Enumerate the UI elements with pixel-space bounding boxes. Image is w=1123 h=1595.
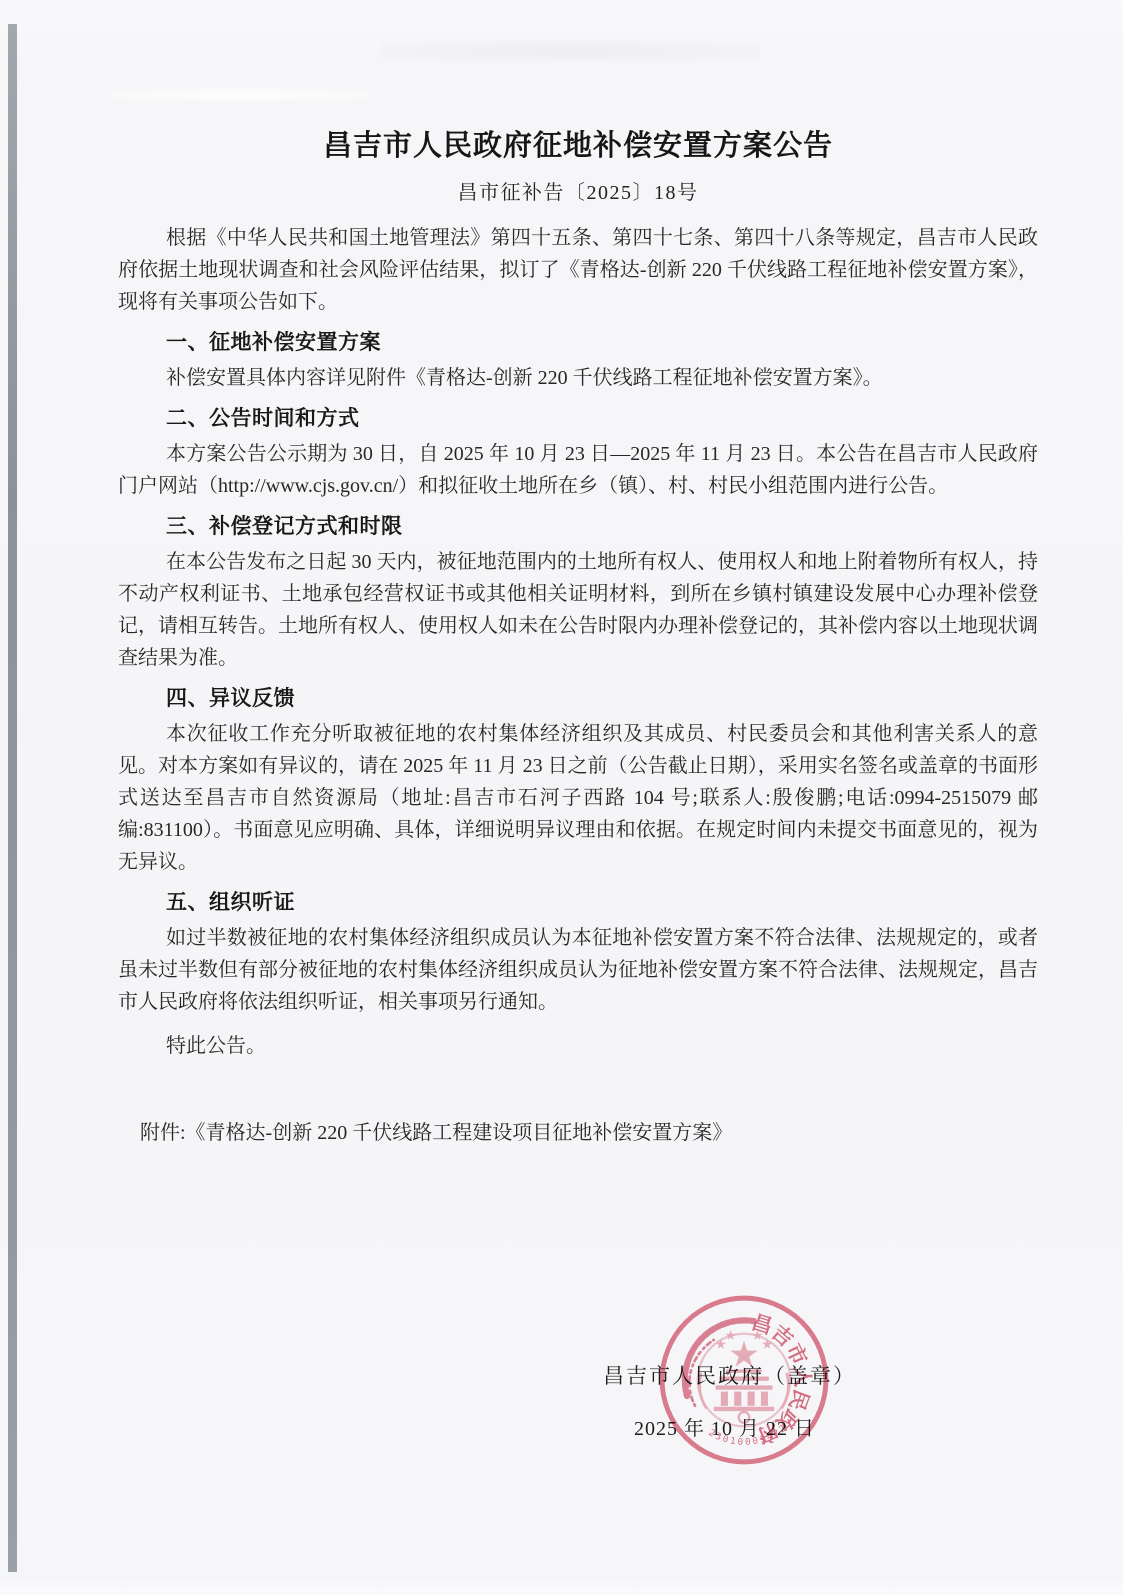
paper-bottom-edge — [0, 1577, 1123, 1595]
scanned-announcement-page: 昌吉市人民政府征地补偿安置方案公告 昌市征补告〔2025〕18号 根据《中华人民… — [0, 0, 1123, 1595]
intro-paragraph: 根据《中华人民共和国土地管理法》第四十五条、第四十七条、第四十八条等规定，昌吉市… — [118, 222, 1038, 318]
document-body: 昌吉市人民政府征地补偿安置方案公告 昌市征补告〔2025〕18号 根据《中华人民… — [118, 126, 1038, 1169]
section-3-heading: 三、补偿登记方式和时限 — [118, 514, 1038, 540]
paper-fold-shadow — [380, 40, 760, 62]
section-2-paragraph: 本方案公告公示期为 30 日，自 2025 年 10 月 23 日—2025 年… — [118, 438, 1038, 502]
section-1-paragraph: 补偿安置具体内容详见附件《青格达-创新 220 千伏线路工程征地补偿安置方案》。 — [118, 362, 1038, 394]
seal-char: 民 — [784, 1386, 813, 1413]
seal-char: 吉 — [767, 1320, 798, 1352]
issuer-signature: 昌吉市人民政府（盖章） — [603, 1360, 856, 1390]
issue-date: 2025 年 10 月 22 日 — [634, 1412, 815, 1441]
seal-char: 昌 — [749, 1311, 776, 1339]
section-2-heading: 二、公告时间和方式 — [118, 406, 1038, 432]
section-1-heading: 一、征地补偿安置方案 — [118, 330, 1038, 356]
paper-fold-highlight — [110, 88, 370, 102]
closing-line: 特此公告。 — [118, 1030, 1038, 1062]
section-3-paragraph: 在本公告发布之日起 30 天内，被征地范围内的土地所有权人、使用权人和地上附着物… — [118, 546, 1038, 674]
page-title: 昌吉市人民政府征地补偿安置方案公告 — [118, 126, 1038, 166]
attachment-line: 附件:《青格达-创新 220 千伏线路工程建设项目征地补偿安置方案》 — [118, 1117, 1038, 1149]
section-4-paragraph: 本次征收工作充分听取被征地的农村集体经济组织及其成员、村民委员会和其他利害关系人… — [118, 718, 1038, 878]
section-5-heading: 五、组织听证 — [118, 890, 1038, 916]
section-4-heading: 四、异议反馈 — [118, 686, 1038, 712]
scan-edge-artifact — [8, 24, 17, 1572]
doc-number: 昌市征补告〔2025〕18号 — [118, 179, 1038, 207]
section-5-paragraph: 如过半数被征地的农村集体经济组织成员认为本征地补偿安置方案不符合法律、法规规定的… — [118, 922, 1038, 1018]
